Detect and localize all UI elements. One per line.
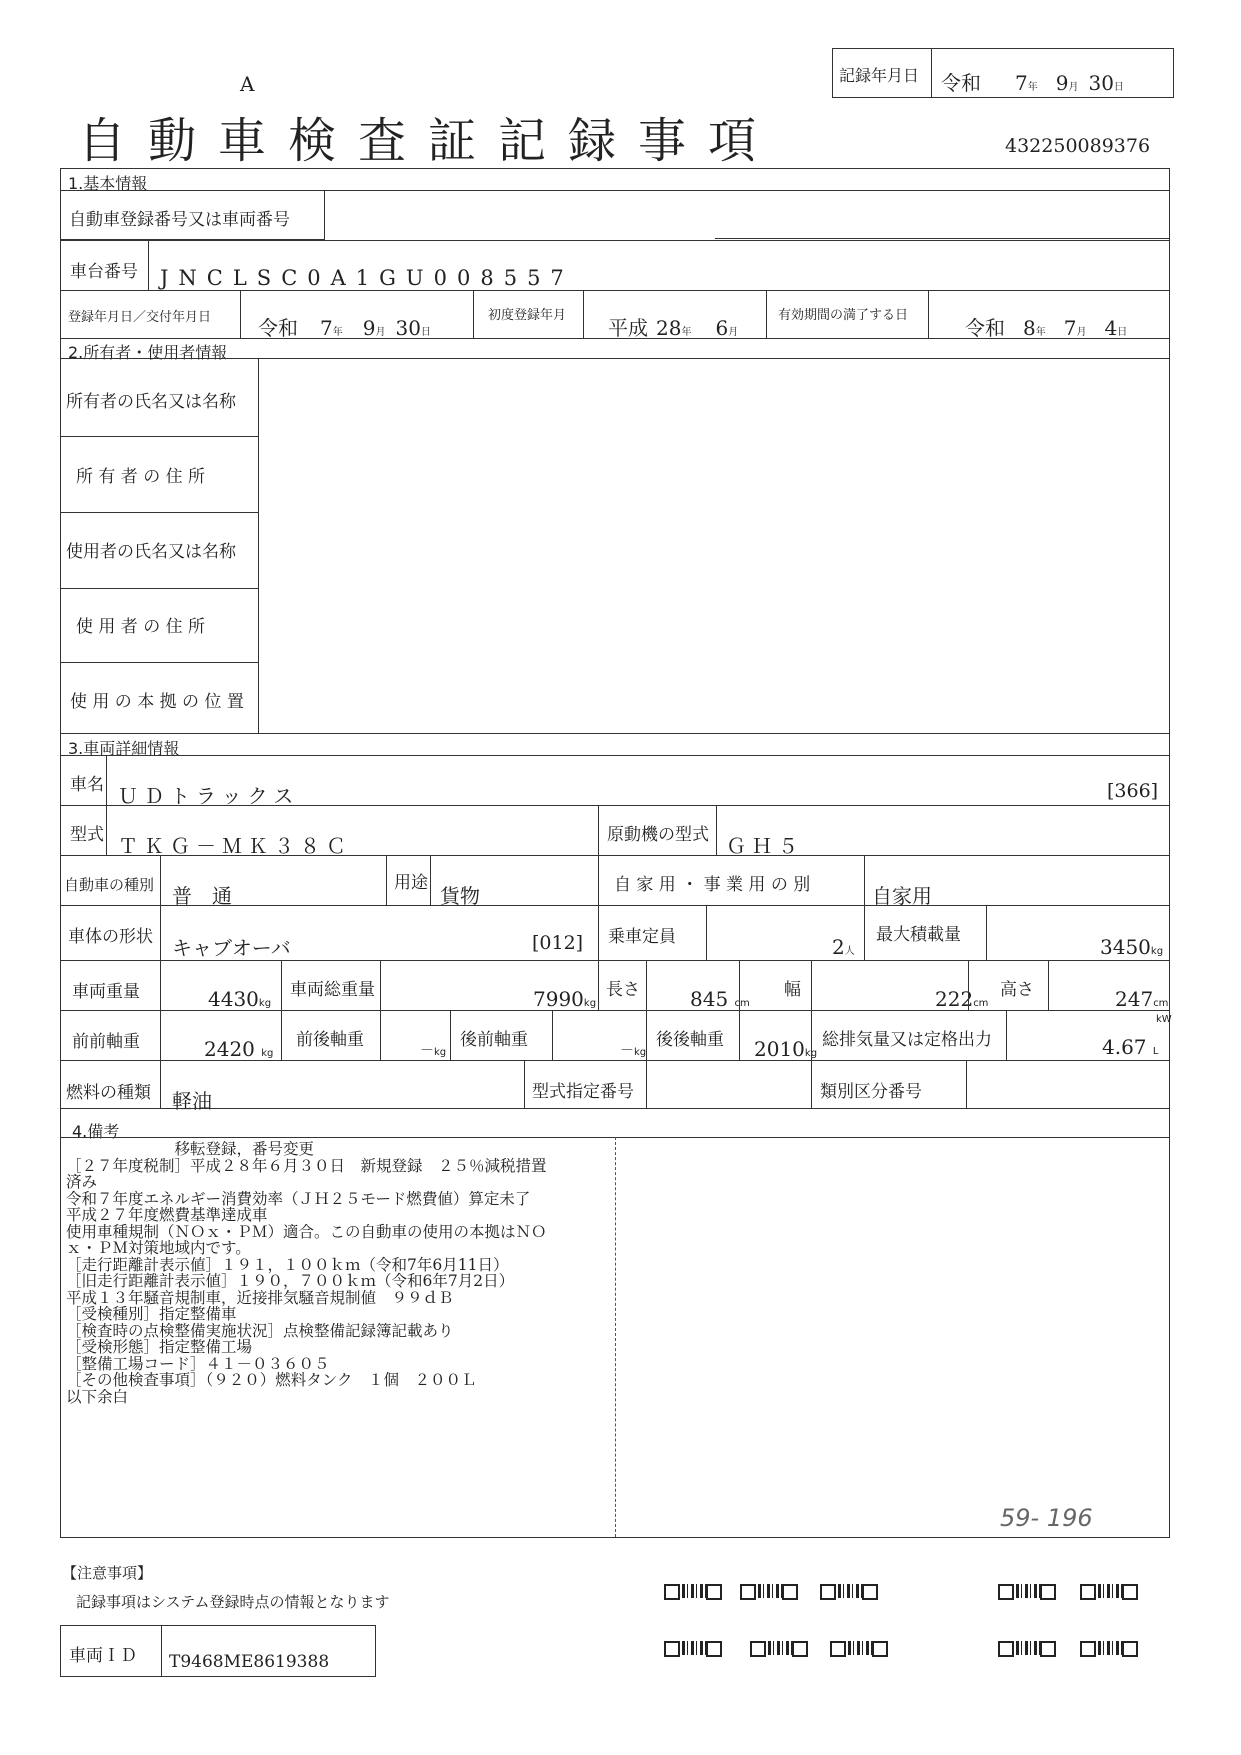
notes-text: 記録事項はシステム登録時点の情報となります	[76, 1591, 390, 1612]
code-strip-icon	[664, 1584, 722, 1598]
vehicle-id-box: 車両ＩＤ T9468ME8619388	[60, 1625, 376, 1677]
rf-axle-value: －kg	[620, 1040, 646, 1060]
gross-weight-label: 車両総重量	[290, 975, 375, 1000]
rf-axle-label: 後前軸重	[460, 1025, 528, 1050]
car-name-label: 車名	[70, 770, 104, 795]
gross-weight-value: 7990kg	[533, 987, 596, 1011]
code-strip-icon	[750, 1641, 808, 1655]
fuel-value: 軽油	[172, 1085, 212, 1114]
page-title: 自動車検査証記録事項	[78, 102, 778, 171]
height-label: 高さ	[1000, 975, 1034, 1000]
max-load-value: 3450kg	[1100, 935, 1163, 959]
type-designation-label: 型式指定番号	[532, 1077, 634, 1102]
first-registration-label: 初度登録年月	[488, 304, 566, 323]
code-strip-icon	[998, 1584, 1056, 1598]
usage-label: 用途	[394, 868, 428, 893]
car-name-code: [366]	[1107, 780, 1158, 802]
document-number: 432250089376	[1005, 135, 1150, 157]
height-value: 247cm	[1115, 987, 1168, 1011]
vehicle-id-label: 車両ＩＤ	[69, 1641, 137, 1666]
fr-axle-value: －kg	[420, 1040, 446, 1060]
remarks-text: 移転登録，番号変更 ［２７年度税制］平成２８年６月３０日 新規登録 ２５％減税措…	[66, 1141, 547, 1405]
fr-axle-label: 前後軸重	[296, 1025, 364, 1050]
record-date-value: 令和7年9月30日	[941, 67, 1124, 96]
width-label: 幅	[784, 975, 801, 1000]
record-date-label: 記録年月日	[839, 63, 919, 86]
body-shape-value: キャブオーバ	[172, 932, 291, 961]
expiry-date-value: 令和8年7月4日	[965, 312, 1127, 341]
owner-address-label: 所 有 者 の 住 所	[76, 462, 256, 487]
rr-axle-label: 後後軸重	[656, 1025, 724, 1050]
code-strip-icon	[998, 1641, 1056, 1655]
first-registration-value: 平成28年6月	[608, 312, 738, 341]
chassis-number-label: 車台番号	[70, 257, 138, 282]
expiry-label: 有効期間の満了する日	[778, 304, 908, 323]
code-strip-icon	[740, 1584, 798, 1598]
handwritten-note: 59- 196	[1000, 1504, 1093, 1532]
rr-axle-value: 2010kg	[754, 1037, 817, 1061]
chassis-number-value: JNCLSC0A1GU008557	[160, 266, 574, 290]
code-strip-icon	[830, 1641, 888, 1655]
section-4-heading: 4.備考	[72, 1119, 119, 1142]
code-strip-icon	[1080, 1584, 1138, 1598]
category-label: 類別区分番号	[820, 1077, 922, 1102]
copy-mark: A	[240, 72, 254, 96]
fuel-label: 燃料の種類	[66, 1078, 151, 1103]
displacement-label: 総排気量又は定格出力	[822, 1025, 992, 1050]
length-value: 845 cm	[690, 987, 750, 1011]
ff-axle-value: 2420 kg	[204, 1037, 273, 1061]
vehicle-type-label: 自動車の種別	[64, 874, 154, 895]
code-strip-icon	[1080, 1641, 1138, 1655]
displacement-value: 4.67 L	[1102, 1035, 1158, 1059]
registration-number-label-cell: 自動車登録番号又は車両番号	[60, 190, 325, 240]
width-value: 222cm	[935, 987, 988, 1011]
remarks-divider	[615, 1137, 616, 1537]
base-location-label: 使 用 の 本 拠 の 位 置	[70, 687, 256, 712]
capacity-value: 2人	[832, 935, 855, 959]
private-business-label: 自 家 用 ・ 事 業 用 の 別	[614, 870, 810, 895]
notes-heading: 【注意事項】	[62, 1562, 152, 1583]
vehicle-id-value: T9468ME8619388	[169, 1652, 329, 1672]
engine-model-label: 原動機の型式	[607, 820, 709, 845]
section-2-heading: 2.所有者・使用者情報	[68, 340, 227, 363]
vehicle-weight-label: 車両重量	[72, 977, 140, 1002]
vehicle-weight-value: 4430kg	[208, 987, 271, 1011]
registration-date-label: 登録年月日／交付年月日	[68, 306, 211, 325]
registration-date-value: 令和7年9月30日	[258, 312, 431, 341]
user-name-label: 使用者の氏名又は名称	[66, 537, 256, 562]
ff-axle-label: 前前軸重	[72, 1027, 140, 1052]
code-strip-icon	[820, 1584, 878, 1598]
body-shape-label: 車体の形状	[68, 922, 153, 947]
length-label: 長さ	[606, 975, 640, 1000]
owner-name-label: 所有者の氏名又は名称	[66, 387, 256, 412]
displacement-unit-kw: kW	[1156, 1014, 1172, 1025]
code-strip-icon	[664, 1641, 722, 1655]
capacity-label: 乗車定員	[608, 922, 676, 947]
model-label: 型式	[70, 820, 104, 845]
body-shape-code: [012]	[532, 932, 583, 954]
max-load-label: 最大積載量	[876, 920, 961, 945]
user-address-label: 使 用 者 の 住 所	[76, 612, 256, 637]
record-date-box: 記録年月日 令和7年9月30日	[832, 48, 1174, 98]
